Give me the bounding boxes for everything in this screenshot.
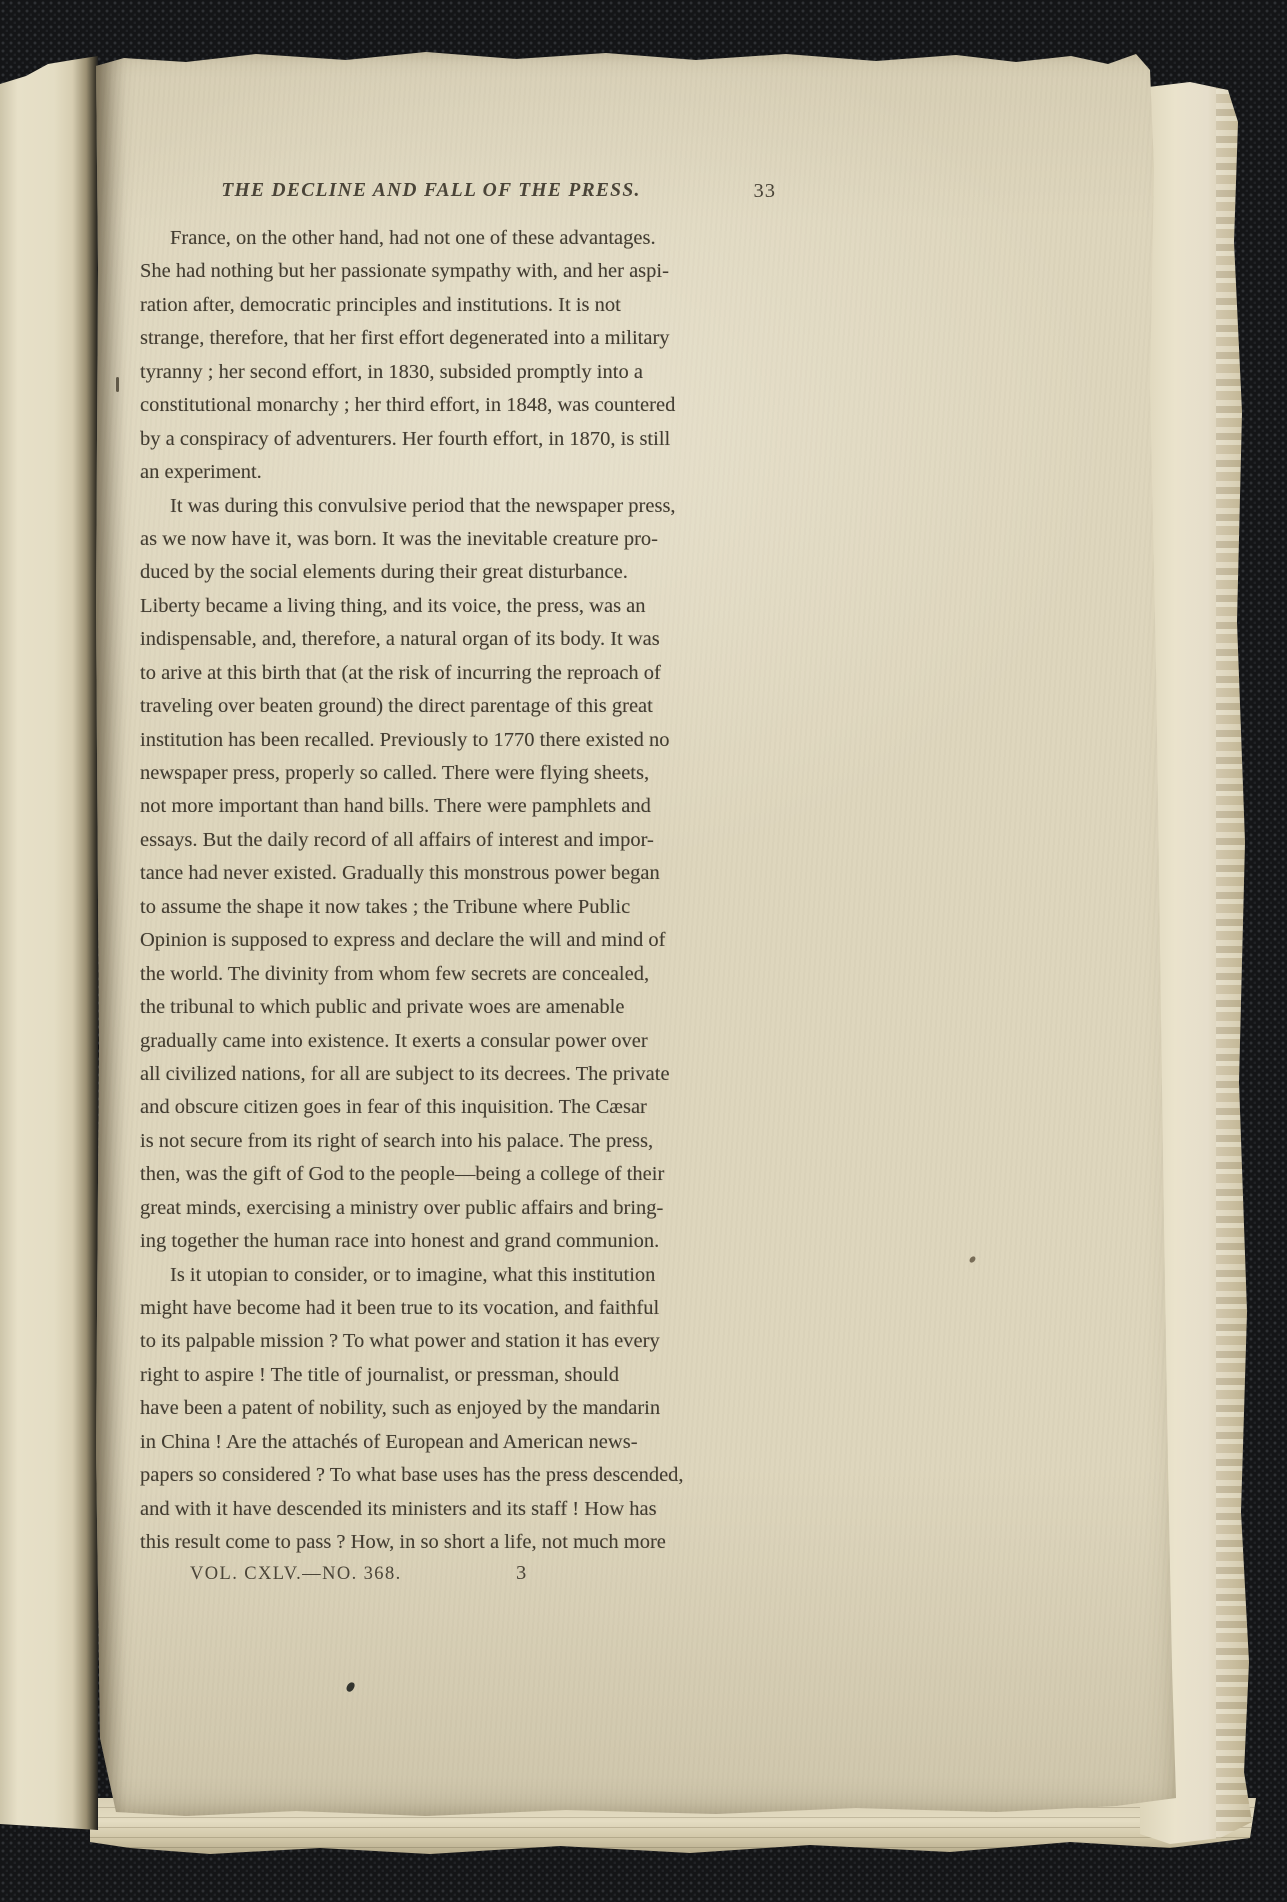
text-line: indispensable, and, therefore, a natural… <box>140 623 792 656</box>
text-line: Liberty became a living thing, and its v… <box>140 590 792 623</box>
text-line: gradually came into existence. It exerts… <box>140 1025 792 1058</box>
text-line: this result come to pass ? How, in so sh… <box>140 1526 792 1559</box>
text-line: an experiment. <box>140 456 792 489</box>
text-line: right to aspire ! The title of journalis… <box>140 1359 792 1392</box>
text-line: duced by the social elements during thei… <box>140 556 792 589</box>
text-line: France, on the other hand, had not one o… <box>140 222 792 255</box>
text-line: to assume the shape it now takes ; the T… <box>140 891 792 924</box>
paragraph: It was during this convulsive period tha… <box>140 490 792 1259</box>
text-line: have been a patent of nobility, such as … <box>140 1392 792 1425</box>
text-line: as we now have it, was born. It was the … <box>140 523 792 556</box>
text-line: not more important than hand bills. Ther… <box>140 790 792 823</box>
page-footer: VOL. CXLV.—NO. 368. 3 <box>140 1564 792 1594</box>
text-line: by a conspiracy of adventurers. Her four… <box>140 423 792 456</box>
text-line: Is it utopian to consider, or to imagine… <box>140 1259 792 1292</box>
stray-ink-mark <box>116 377 119 392</box>
text-line: in China ! Are the attachés of European … <box>140 1426 792 1459</box>
page-number: 33 <box>754 180 777 203</box>
text-line: great minds, exercising a ministry over … <box>140 1192 792 1225</box>
text-line: might have become had it been true to it… <box>140 1292 792 1325</box>
paragraph: Is it utopian to consider, or to imagine… <box>140 1259 792 1560</box>
text-line: all civilized nations, for all are subje… <box>140 1058 792 1091</box>
text-line: ration after, democratic principles and … <box>140 289 792 322</box>
text-line: the world. The divinity from whom few se… <box>140 958 792 991</box>
text-line: Opinion is supposed to express and decla… <box>140 924 792 957</box>
text-line: and obscure citizen goes in fear of this… <box>140 1091 792 1124</box>
page-body: France, on the other hand, had not one o… <box>140 222 792 1560</box>
text-line: traveling over beaten ground) the direct… <box>140 690 792 723</box>
text-line: It was during this convulsive period tha… <box>140 490 792 523</box>
text-line: tance had never existed. Gradually this … <box>140 857 792 890</box>
text-line: She had nothing but her passionate sympa… <box>140 255 792 288</box>
running-title: THE DECLINE AND FALL OF THE PRESS. <box>140 180 792 202</box>
volume-line: VOL. CXLV.—NO. 368. <box>190 1564 402 1585</box>
text-line: ing together the human race into honest … <box>140 1225 792 1258</box>
signature-number: 3 <box>516 1562 526 1585</box>
text-line: is not secure from its right of search i… <box>140 1125 792 1158</box>
text-line: to arive at this birth that (at the risk… <box>140 657 792 690</box>
text-line: institution has been recalled. Previousl… <box>140 724 792 757</box>
gutter-shadow <box>96 48 126 1820</box>
text-line: to its palpable mission ? To what power … <box>140 1325 792 1358</box>
text-line: constitutional monarchy ; her third effo… <box>140 389 792 422</box>
scanned-book-photo: THE DECLINE AND FALL OF THE PRESS. 33 Fr… <box>0 0 1287 1902</box>
text-line: then, was the gift of God to the people—… <box>140 1158 792 1191</box>
text-line: essays. But the daily record of all affa… <box>140 824 792 857</box>
page-header: THE DECLINE AND FALL OF THE PRESS. 33 <box>140 180 792 212</box>
left-page-sliver <box>0 54 98 1830</box>
text-line: newspaper press, properly so called. The… <box>140 757 792 790</box>
text-line: the tribunal to which public and private… <box>140 991 792 1024</box>
text-line: strange, therefore, that her first effor… <box>140 322 792 355</box>
book-page: THE DECLINE AND FALL OF THE PRESS. 33 Fr… <box>96 48 1176 1820</box>
text-line: and with it have descended its ministers… <box>140 1493 792 1526</box>
text-line: tyranny ; her second effort, in 1830, su… <box>140 356 792 389</box>
paragraph: France, on the other hand, had not one o… <box>140 222 792 490</box>
text-line: papers so considered ? To what base uses… <box>140 1459 792 1492</box>
